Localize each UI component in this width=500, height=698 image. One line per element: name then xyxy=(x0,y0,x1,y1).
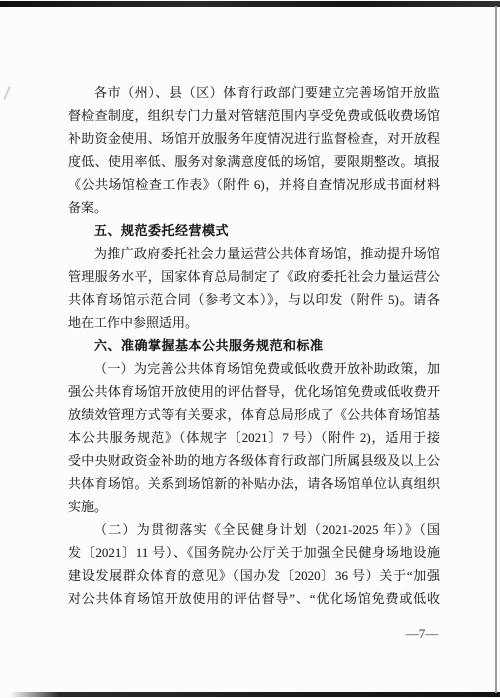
text-line: 放绩效管理方式等有关要求，体育总局形成了《公共体育场馆基 xyxy=(68,403,440,426)
section-heading-5: 五、规范委托经营模式 xyxy=(68,219,440,242)
text-line: 各市（州）、县（区）体育行政部门要建立完善场馆开放监 xyxy=(68,81,440,104)
document-page: 各市（州）、县（区）体育行政部门要建立完善场馆开放监 督检查制度，组织专门力量对… xyxy=(0,0,500,698)
text-line: 为推广政府委托社会力量运营公共体育场馆，推动提升场馆 xyxy=(68,242,440,265)
text-line: 《公共场馆检查工作表》（附件 6)，并将自查情况形成书面材料 xyxy=(68,173,440,196)
scan-artifact-right-edge xyxy=(495,6,497,693)
text-line: 实施。 xyxy=(68,495,440,518)
text-line: 管理服务水平，国家体育总局制定了《政府委托社会力量运营公 xyxy=(68,265,440,288)
text-line: 共体育场馆示范合同（参考文本）》，与以印发（附件 5)。请各 xyxy=(68,288,440,311)
text-line: 地在工作中参照适用。 xyxy=(68,311,440,334)
text-line: 建设发展群众体育的意见》（国办发〔2020〕36 号）关于“加强 xyxy=(68,564,440,587)
text-line: （二）为贯彻落实《全民健身计划（2021-2025 年）》（国 xyxy=(68,518,440,541)
text-line: 对公共体育场馆开放使用的评估督导”、“优化场馆免费或低收 xyxy=(68,587,440,610)
scan-artifact-scratch xyxy=(3,86,11,100)
text-line: 度低、使用率低、服务对象满意度低的场馆，要限期整改。填报 xyxy=(68,150,440,173)
text-line: 本公共服务规范》（体规字〔2021〕7 号）（附件 2)，适用于接 xyxy=(68,426,440,449)
text-line: （一）为完善公共体育场馆免费或低收费开放补助政策，加 xyxy=(68,357,440,380)
text-line: 备案。 xyxy=(68,196,440,219)
text-line: 补助资金使用、场馆开放服务年度情况进行监督检查，对开放程 xyxy=(68,127,440,150)
text-line: 共体育场馆。关系到场馆新的补贴办法，请各场馆单位认真组织 xyxy=(68,472,440,495)
page-number: —7— xyxy=(400,625,444,643)
text-line: 受中央财政资金补助的地方各级体育行政部门所属县级及以上公 xyxy=(68,449,440,472)
scan-artifact-bottom-band xyxy=(10,692,500,697)
text-line: 督检查制度，组织专门力量对管辖范围内享受免费或低收费场馆 xyxy=(68,104,440,127)
text-line: 强公共体育场馆开放使用的评估督导，优化场馆免费或低收费开 xyxy=(68,380,440,403)
text-line: 发〔2021〕11 号）、《国务院办公厅关于加强全民健身场地设施 xyxy=(68,541,440,564)
document-body: 各市（州）、县（区）体育行政部门要建立完善场馆开放监 督检查制度，组织专门力量对… xyxy=(68,81,440,610)
section-heading-6: 六、准确掌握基本公共服务规范和标准 xyxy=(68,334,440,357)
scan-artifact-top-band xyxy=(0,1,500,7)
